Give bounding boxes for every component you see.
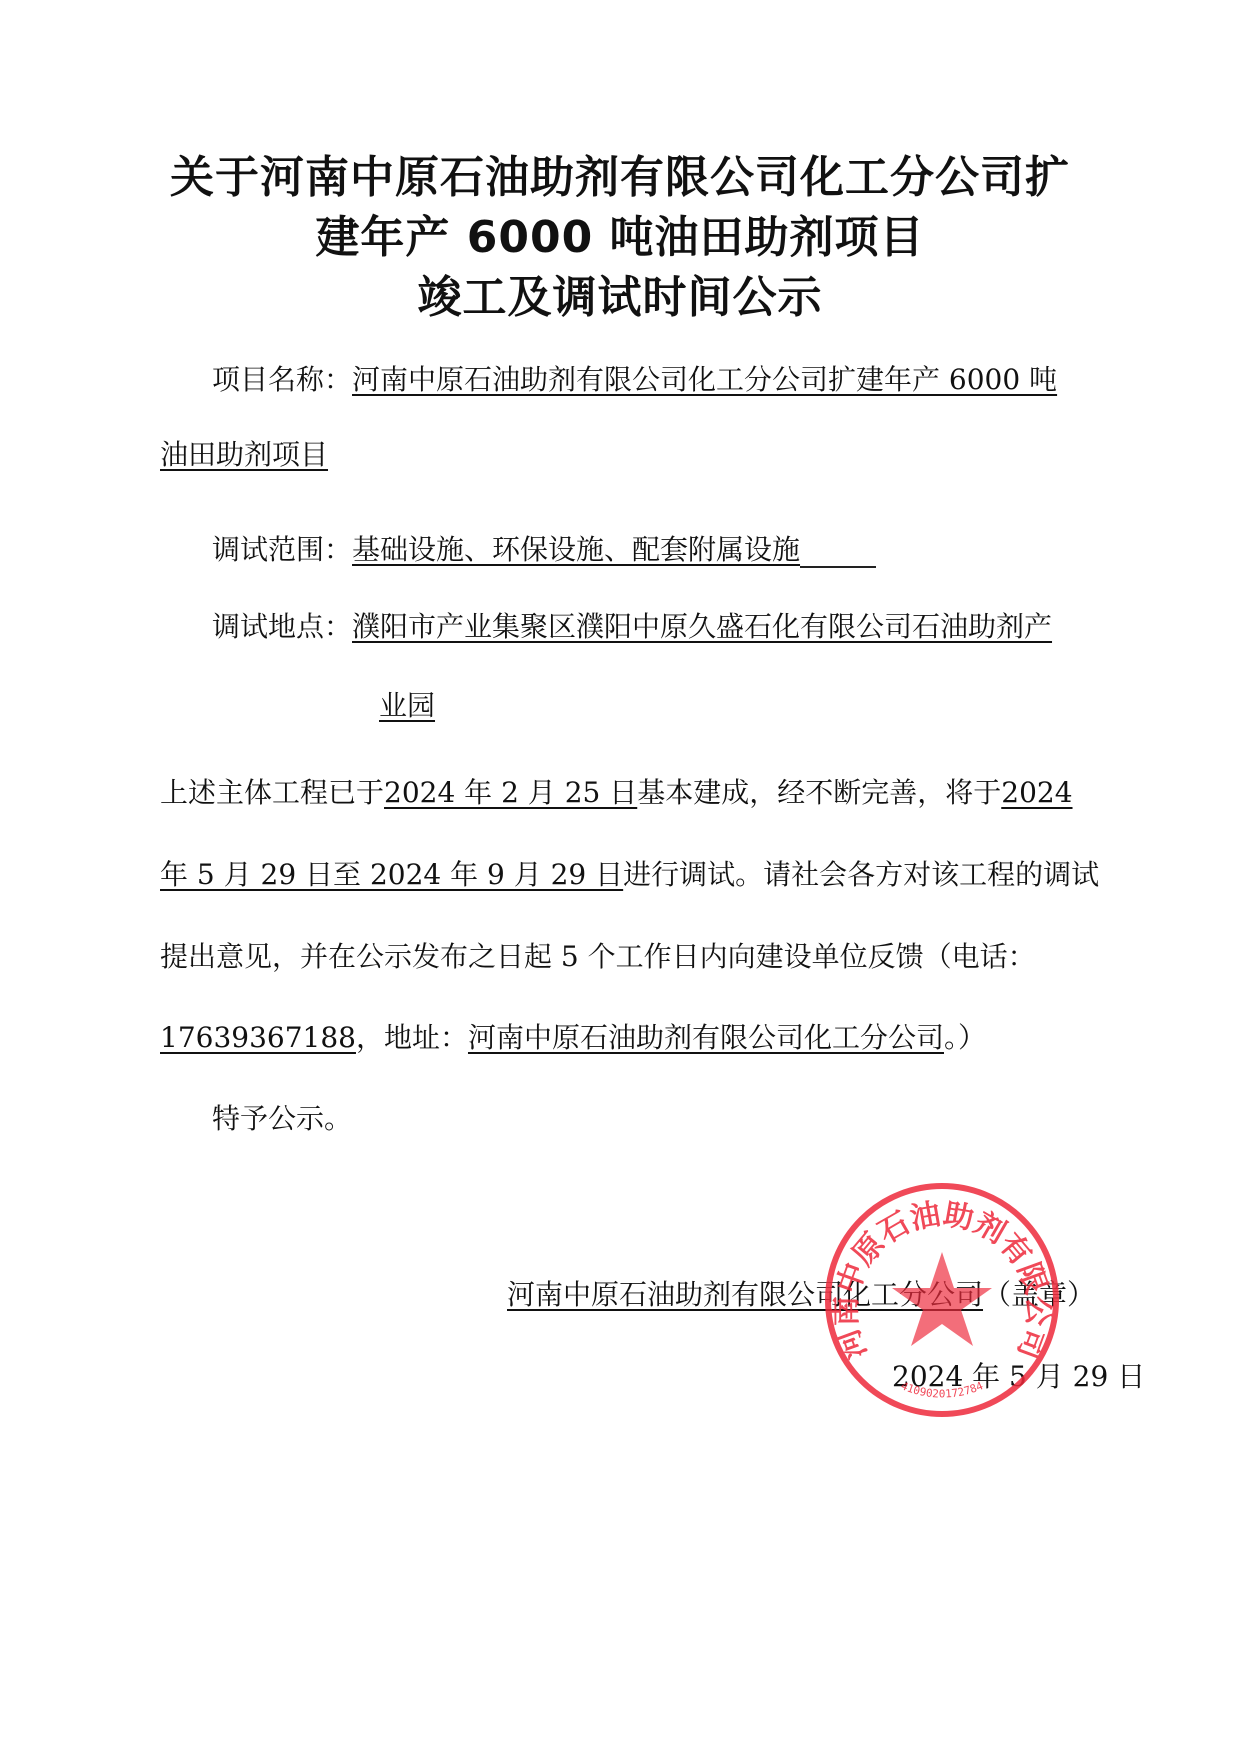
project-name-label: 项目名称： [212, 363, 352, 396]
location-value: 濮阳市产业集聚区濮阳中原久盛石化有限公司石油助剂产 [352, 610, 1052, 643]
location-value-cont: 业园 [379, 689, 435, 722]
seal-number: 4109020172784 [899, 1379, 985, 1400]
location-row: 调试地点：濮阳市产业集聚区濮阳中原久盛石化有限公司石油助剂产 [212, 609, 1052, 645]
scope-blank-underline [800, 536, 876, 568]
scope-label: 调试范围： [212, 533, 352, 566]
scope-value: 基础设施、环保设施、配套附属设施 [352, 533, 800, 566]
title-line-3: 竣工及调试时间公示 [0, 268, 1240, 328]
contact-phone: 17639367188 [160, 1021, 356, 1054]
company-seal-icon: 河南中原石油助剂有限公司 4109020172784 [822, 1180, 1062, 1420]
body-line-2: 年 5 月 29 日至 2024 年 9 月 29 日进行调试。请社会各方对该工… [160, 857, 1099, 893]
scope-row: 调试范围：基础设施、环保设施、配套附属设施 [212, 532, 876, 568]
body-text: 。） [944, 1021, 986, 1054]
test-period: 年 5 月 29 日至 2024 年 9 月 29 日 [160, 858, 623, 891]
test-start-year: 2024 [1001, 776, 1072, 809]
title-line-2: 建年产 6000 吨油田助剂项目 [0, 208, 1240, 268]
body-text: 基本建成，经不断完善，将于 [637, 776, 1001, 809]
body-line-1: 上述主体工程已于2024 年 2 月 25 日基本建成，经不断完善，将于2024 [160, 775, 1073, 811]
location-label: 调试地点： [212, 610, 352, 643]
body-line-4: 17639367188，地址：河南中原石油助剂有限公司化工分公司。） [160, 1020, 986, 1056]
project-name-value-cont: 油田助剂项目 [160, 438, 328, 471]
project-name-row: 项目名称：河南中原石油助剂有限公司化工分公司扩建年产 6000 吨 [212, 362, 1057, 398]
body-line-3: 提出意见，并在公示发布之日起 5 个工作日内向建设单位反馈（电话： [160, 939, 1036, 975]
closing-line: 特予公示。 [212, 1101, 352, 1137]
project-name-row-cont: 油田助剂项目 [160, 437, 328, 473]
body-text: ，地址： [356, 1021, 468, 1054]
svg-text:4109020172784: 4109020172784 [899, 1379, 985, 1400]
closing-text: 特予公示。 [212, 1102, 352, 1135]
body-text: 上述主体工程已于 [160, 776, 384, 809]
built-date: 2024 年 2 月 25 日 [384, 776, 637, 809]
body-text: 进行调试。请社会各方对该工程的调试 [623, 858, 1099, 891]
contact-address: 河南中原石油助剂有限公司化工分公司 [468, 1021, 944, 1054]
body-text: 提出意见，并在公示发布之日起 5 个工作日内向建设单位反馈（电话： [160, 940, 1036, 973]
project-name-value: 河南中原石油助剂有限公司化工分公司扩建年产 6000 吨 [352, 363, 1057, 396]
title-line-1: 关于河南中原石油助剂有限公司化工分公司扩 [0, 148, 1240, 208]
location-row-cont: 业园 [379, 688, 435, 724]
